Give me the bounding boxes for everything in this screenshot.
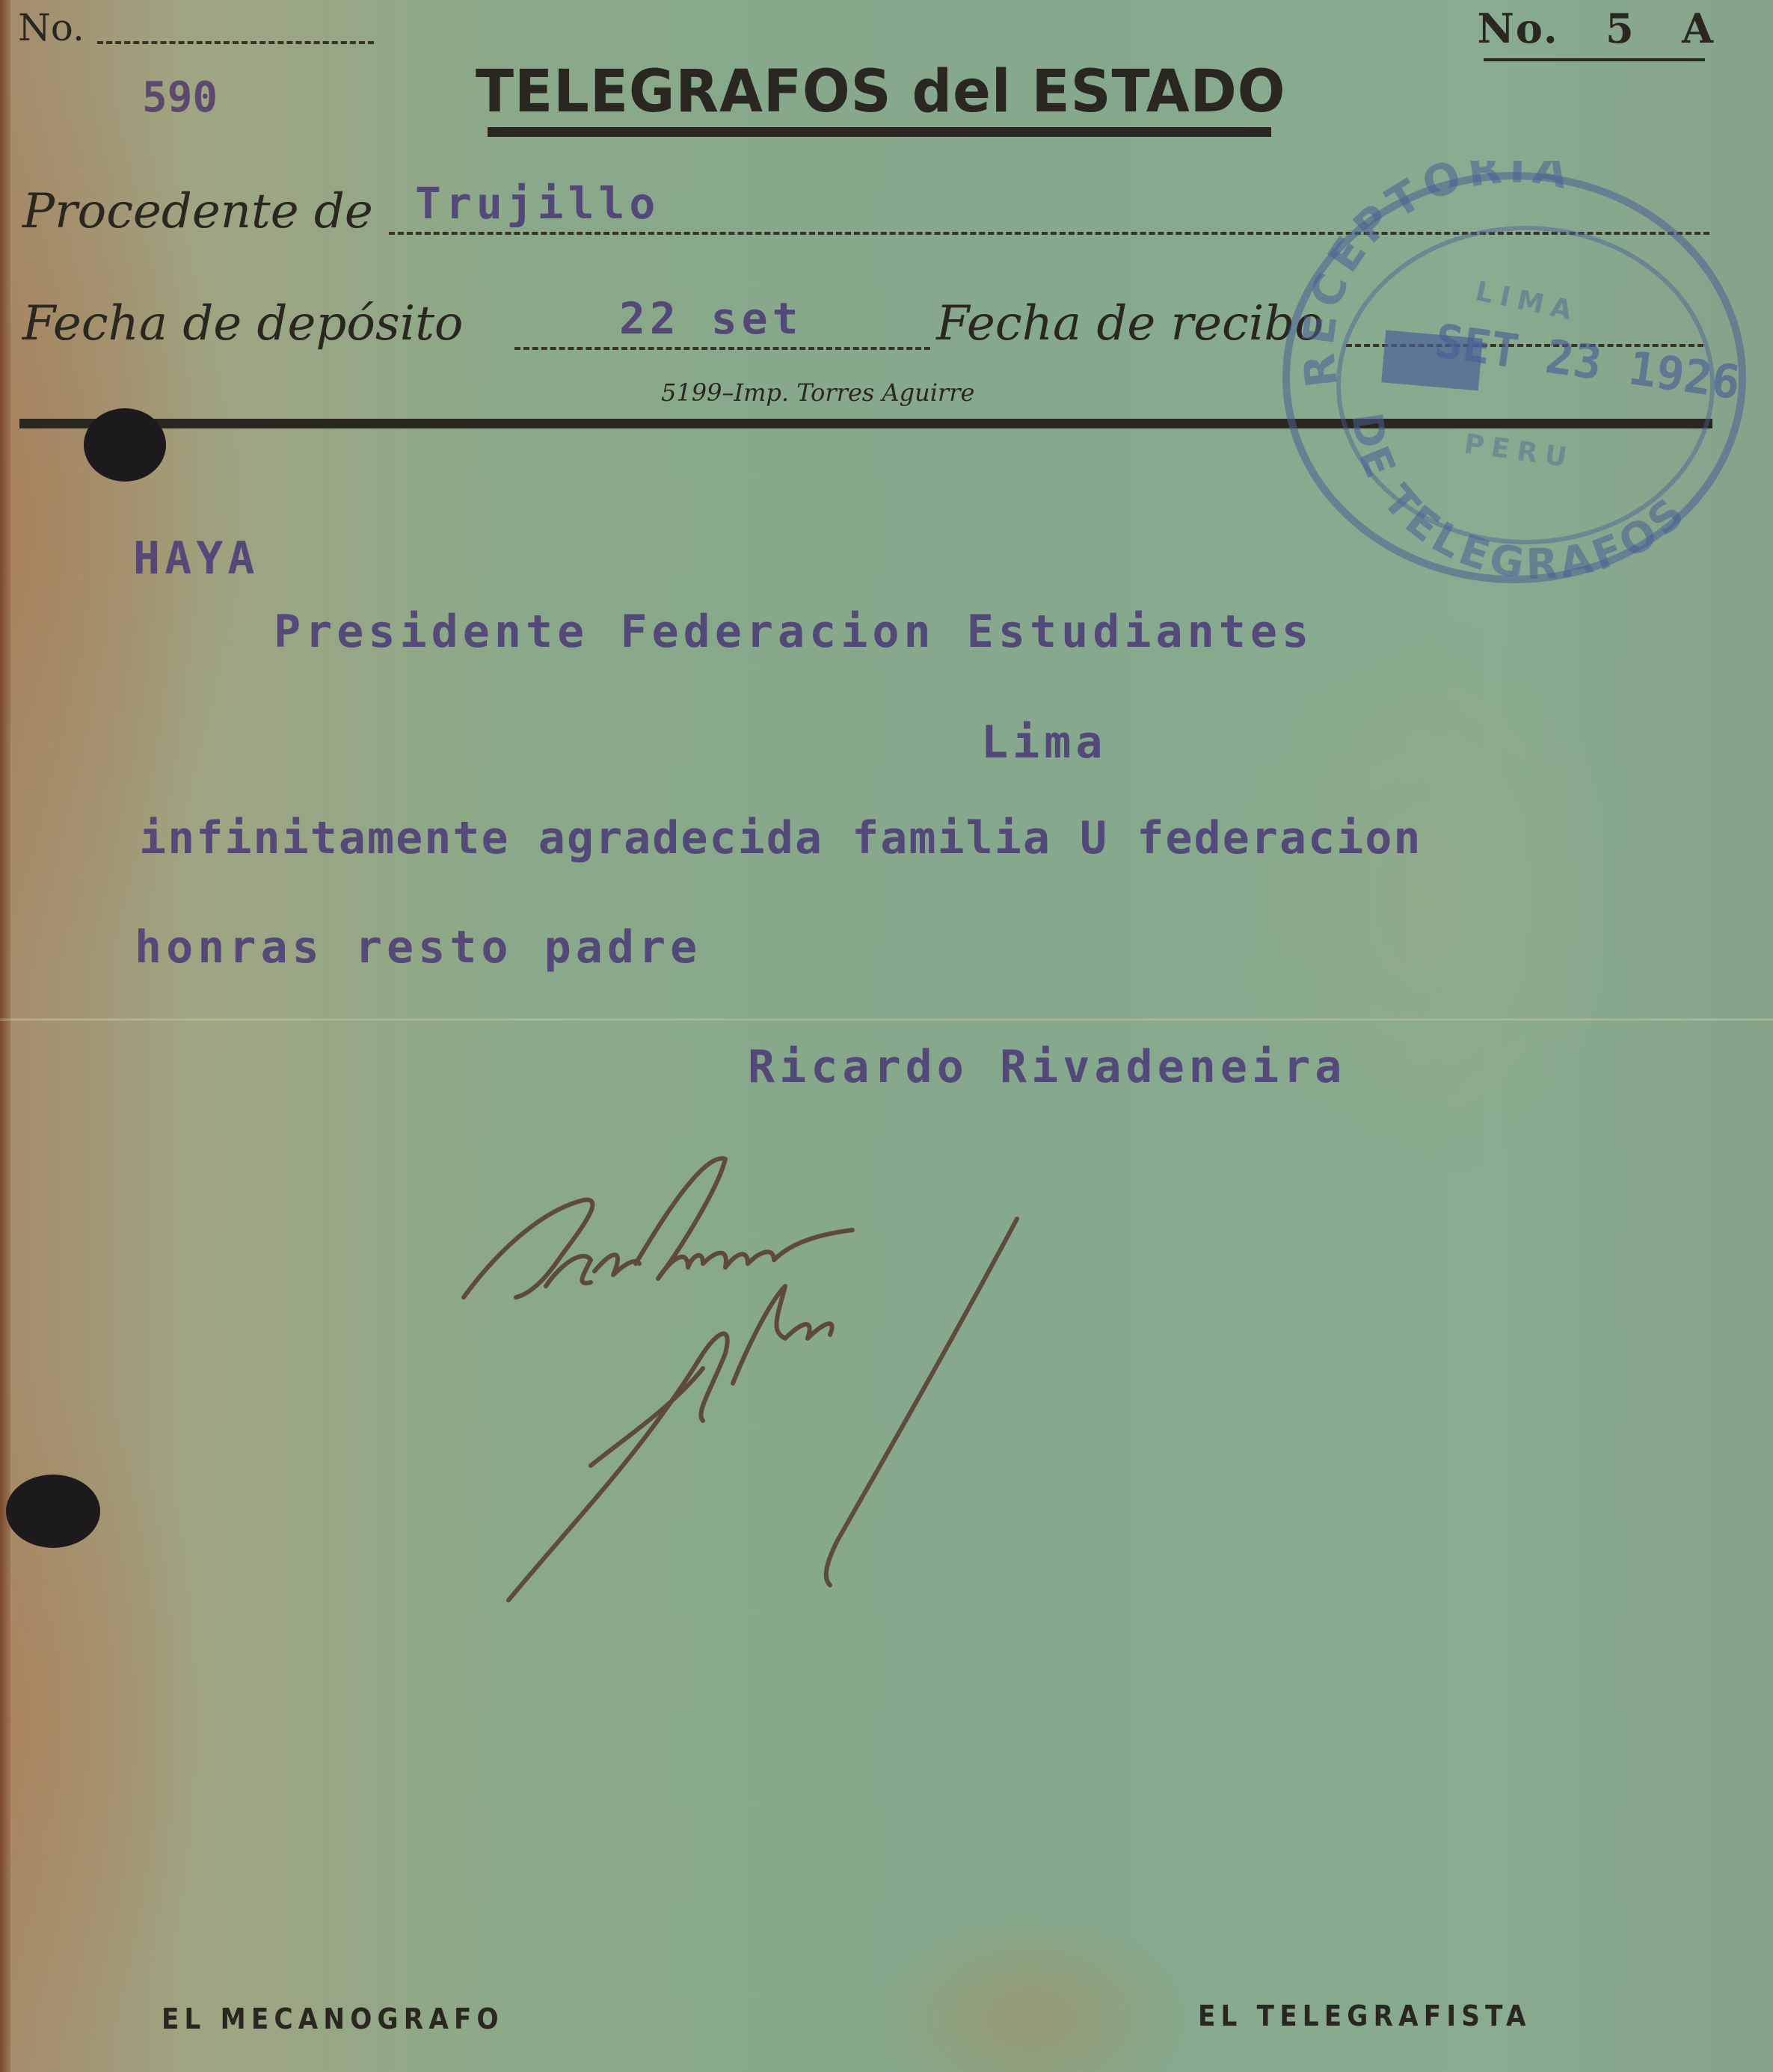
receipt-date-dotted-line xyxy=(1346,344,1703,347)
svg-text:DE TELEGRAFOS: DE TELEGRAFOS xyxy=(1342,410,1697,589)
paper-edge xyxy=(0,0,10,2072)
form-number: No. 5 A xyxy=(1478,4,1715,52)
addressee: HAYA xyxy=(133,532,259,585)
destination: Lima xyxy=(981,716,1107,769)
stamp-top-text: RECEPTORÍA xyxy=(1292,161,1577,390)
document-title: TELEGRAFOS del ESTADO xyxy=(476,58,1285,126)
printer-credit: 5199–Imp. Torres Aguirre xyxy=(661,378,974,407)
number-dotted-line xyxy=(97,41,374,44)
punch-hole-bottom xyxy=(6,1475,100,1548)
punch-hole-top xyxy=(84,408,166,482)
stamp-date-text: SET 23 1926 xyxy=(1432,313,1744,410)
origin-label: Procedente de xyxy=(22,184,373,239)
reception-stamp-icon: RECEPTORÍA DE TELEGRAFOS LIMA SET 23 192… xyxy=(1271,161,1757,594)
header-rule xyxy=(19,419,1712,428)
svg-text:RECEPTORÍA: RECEPTORÍA xyxy=(1292,161,1577,390)
stamp-bottom-text: DE TELEGRAFOS xyxy=(1342,410,1697,589)
message-line-1: infinitamente agradecida familia U feder… xyxy=(139,812,1422,864)
title-underline xyxy=(488,127,1271,137)
deposit-date-dotted-line xyxy=(514,347,930,350)
addressee-title: Presidente Federacion Estudiantes xyxy=(274,606,1313,658)
typist-signature-label: EL MECANOGRAFO xyxy=(162,2002,504,2035)
message-line-2: honras resto padre xyxy=(135,921,701,974)
sender-name: Ricardo Rivadeneira xyxy=(748,1041,1346,1093)
stamp-country-text: PERU xyxy=(1462,428,1576,474)
deposit-date-value: 22 set xyxy=(619,293,803,344)
serial-number: 590 xyxy=(142,73,218,122)
fold-crease xyxy=(0,1018,1773,1021)
deposit-date-label: Fecha de depósito xyxy=(22,296,463,351)
form-number-underline xyxy=(1484,58,1705,61)
stamp-city-text: LIMA xyxy=(1473,276,1582,328)
handwritten-signature-icon: Archívese f. Rosay xyxy=(434,1137,1032,1615)
number-label: No. xyxy=(18,6,84,49)
receipt-date-label: Fecha de recibo xyxy=(936,296,1324,351)
origin-value: Trujillo xyxy=(415,178,660,229)
origin-dotted-line xyxy=(389,232,1709,235)
telegraphist-signature-label: EL TELEGRAFISTA xyxy=(1198,1999,1531,2032)
